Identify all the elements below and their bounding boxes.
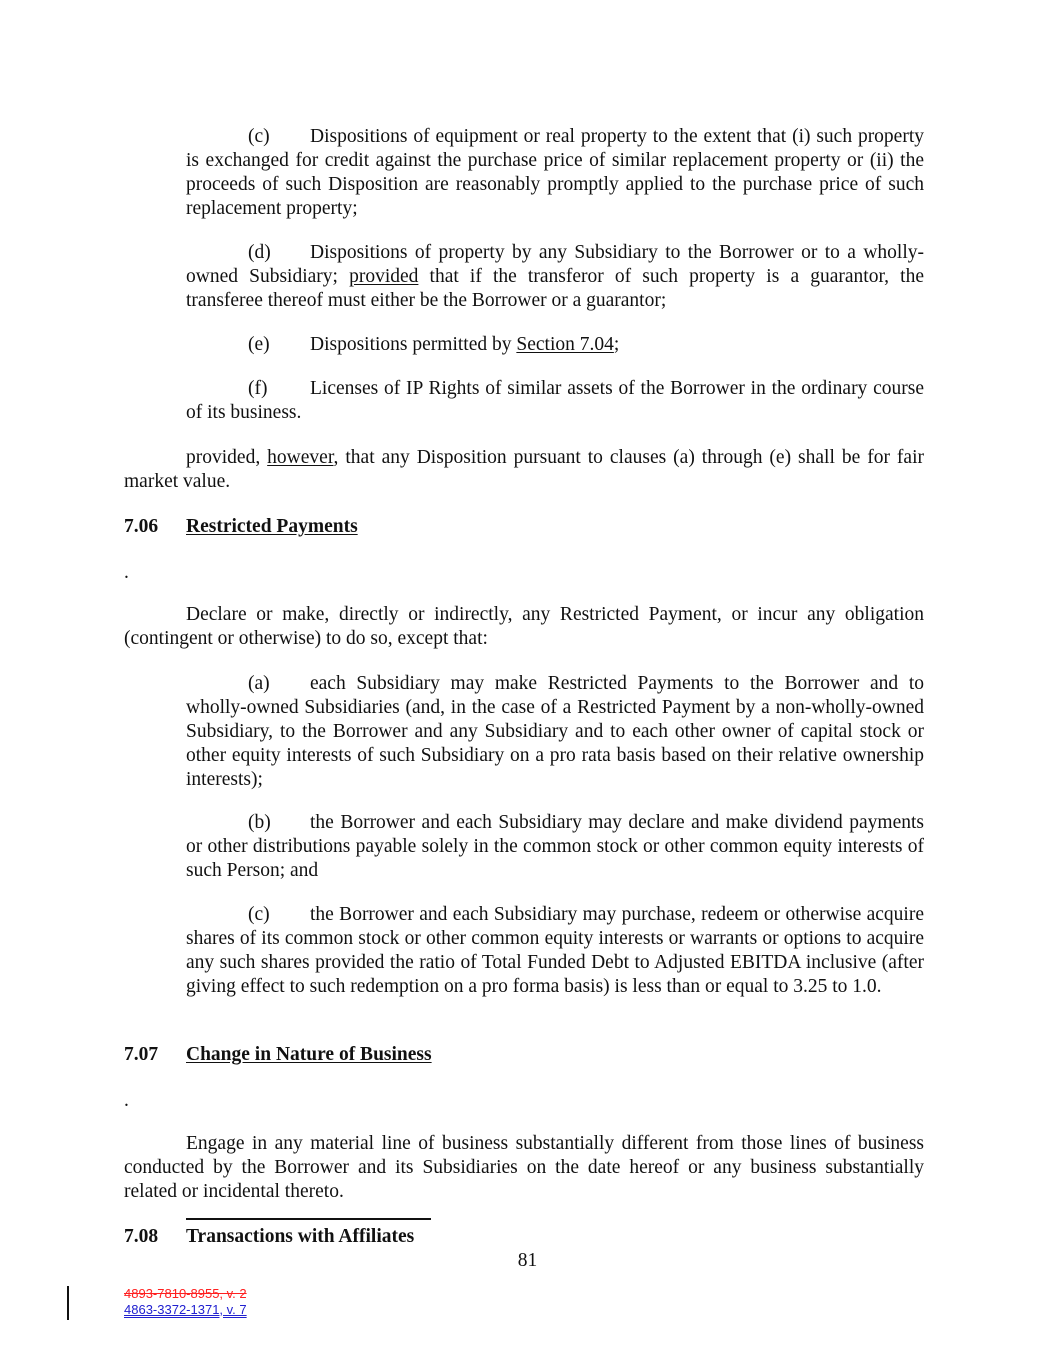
section-title: Transactions with Affiliates — [186, 1226, 414, 1247]
clause-label: (d) — [248, 241, 310, 265]
clause-f-licenses: (f)Licenses of IP Rights of similar asse… — [186, 377, 924, 425]
clause-c-dispositions: (c)Dispositions of equipment or real pro… — [186, 125, 924, 221]
section-heading-706: 7.06Restricted Payments — [124, 515, 358, 539]
clause-706-a: (a)each Subsidiary may make Restricted P… — [186, 672, 924, 792]
document-page: (c)Dispositions of equipment or real pro… — [0, 0, 1055, 1365]
section-heading-708: 7.08Transactions with Affiliates — [124, 1225, 414, 1249]
clause-d-dispositions: (d)Dispositions of property by any Subsi… — [186, 241, 924, 313]
however-term: however — [267, 447, 333, 468]
clause-label: (e) — [248, 333, 310, 357]
horizontal-rule — [186, 1218, 431, 1220]
section-heading-707: 7.07Change in Nature of Business — [124, 1043, 432, 1067]
clause-label: (f) — [248, 377, 310, 401]
doc-id-inserted: 4863-3372-1371, v. 7 — [124, 1302, 247, 1318]
section-reference-link: Section 7.04 — [516, 334, 614, 355]
clause-label: (a) — [248, 672, 310, 696]
clause-e-dispositions: (e)Dispositions permitted by Section 7.0… — [186, 333, 924, 357]
change-bar — [67, 1286, 69, 1320]
section-707-body: Engage in any material line of business … — [124, 1132, 924, 1204]
section-title: Change in Nature of Business — [186, 1044, 432, 1065]
section-title: Restricted Payments — [186, 516, 358, 537]
clause-label: (c) — [248, 125, 310, 149]
clause-706-c: (c)the Borrower and each Subsidiary may … — [186, 903, 924, 999]
page-number: 81 — [0, 1249, 1055, 1273]
section-dot: . — [124, 1089, 129, 1113]
clause-label: (b) — [248, 811, 310, 835]
doc-id-deleted: 4893-7810-8955, v. 2 — [124, 1286, 247, 1302]
clause-label: (c) — [248, 903, 310, 927]
proviso-paragraph: provided, however, that any Disposition … — [124, 446, 924, 494]
section-706-intro: Declare or make, directly or indirectly,… — [124, 603, 924, 651]
provided-term: provided — [349, 266, 418, 287]
section-dot: . — [124, 561, 129, 585]
clause-706-b: (b)the Borrower and each Subsidiary may … — [186, 811, 924, 883]
